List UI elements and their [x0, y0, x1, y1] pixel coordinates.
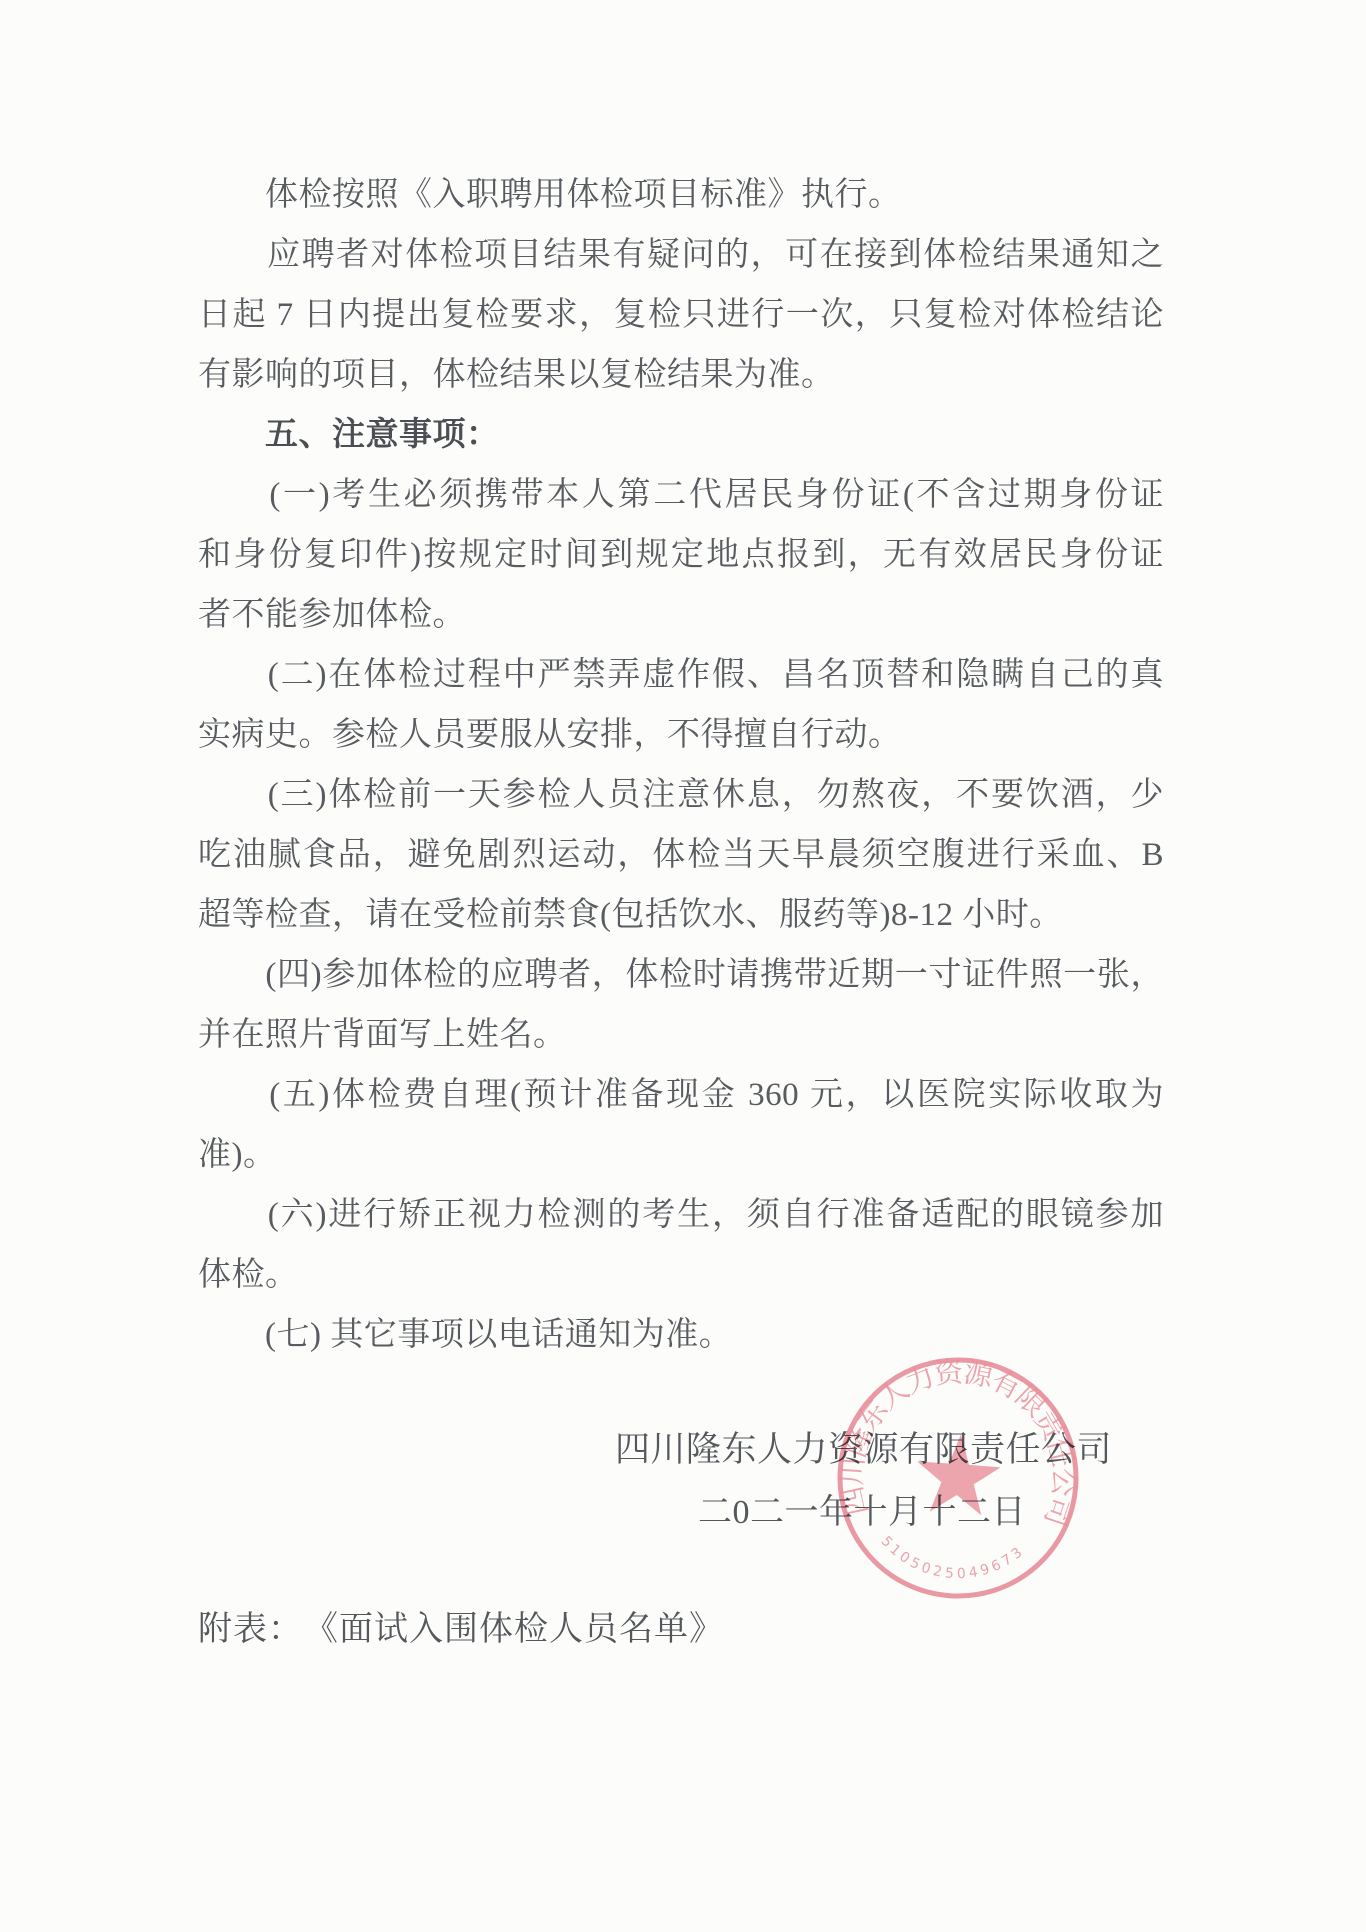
body-line-item-4: (四)参加体检的应聘者，体检时请携带近期一寸证件照一张， [198, 945, 1164, 1005]
body-line: 吃油腻食品，避免剧烈运动，体检当天早晨须空腹进行采血、B [198, 825, 1164, 885]
body-line: 有影响的项目，体检结果以复检结果为准。 [198, 345, 1164, 405]
notice-body: 体检按照《入职聘用体检项目标准》执行。 应聘者对体检项目结果有疑问的，可在接到体… [198, 165, 1164, 1365]
body-line-item-1: (一)考生必须携带本人第二代居民身份证(不含过期身份证 [198, 465, 1164, 525]
body-line: 应聘者对体检项目结果有疑问的，可在接到体检结果通知之 [198, 225, 1164, 285]
body-line: 体检按照《入职聘用体检项目标准》执行。 [198, 165, 1164, 225]
body-line: 和身份复印件)按规定时间到规定地点报到，无有效居民身份证 [198, 525, 1164, 585]
body-line: 并在照片背面写上姓名。 [198, 1005, 1164, 1065]
body-line: 准)。 [198, 1125, 1164, 1185]
body-line-item-6: (六)进行矫正视力检测的考生，须自行准备适配的眼镜参加 [198, 1185, 1164, 1245]
body-line-item-2: (二)在体检过程中严禁弄虚作假、昌名顶替和隐瞒自己的真 [198, 645, 1164, 705]
body-line: 体检。 [198, 1245, 1164, 1305]
body-line-item-3: (三)体检前一天参检人员注意休息，勿熬夜，不要饮酒，少 [198, 765, 1164, 825]
seal-star-icon [914, 1431, 1003, 1516]
body-line: 者不能参加体检。 [198, 585, 1164, 645]
body-line: 超等检查，请在受检前禁食(包括饮水、服药等)8-12 小时。 [198, 885, 1164, 945]
attachment-reference: 附表： 《面试入围体检人员名单》 [198, 1608, 724, 1652]
body-line: 实病史。参检人员要服从安排，不得擅自行动。 [198, 705, 1164, 765]
section-heading-notes: 五、注意事项： [198, 405, 1164, 465]
body-line: 日起 7 日内提出复检要求，复检只进行一次，只复检对体检结论 [198, 285, 1164, 345]
scanned-notice-page: 体检按照《入职聘用体检项目标准》执行。 应聘者对体检项目结果有疑问的，可在接到体… [0, 0, 1366, 1932]
company-seal-stamp: 四川隆东人力资源有限责任公司 5105025049673 [819, 1339, 1097, 1617]
body-line-item-5: (五)体检费自理(预计准备现金 360 元，以医院实际收取为 [198, 1065, 1164, 1125]
